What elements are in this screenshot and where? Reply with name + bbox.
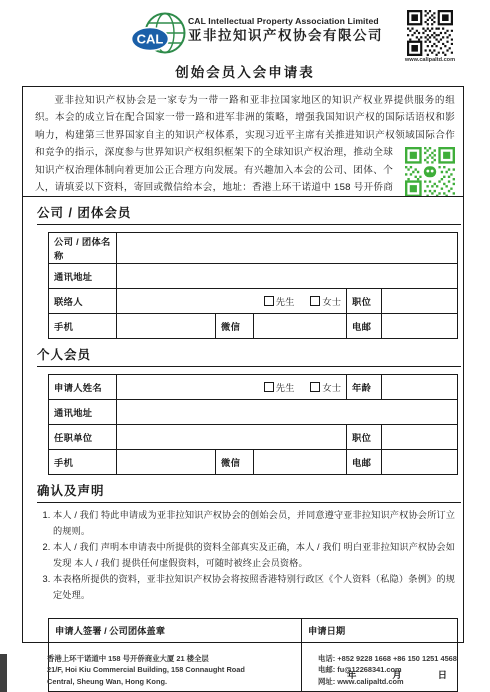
company-mobile-label: 手机 bbox=[49, 314, 117, 339]
footer-contact-block: 电话: +852 9228 1668 +86 150 1251 4568 电邮:… bbox=[318, 653, 457, 687]
individual-position-label: 职位 bbox=[347, 425, 382, 450]
signature-label: 申请人签署 / 公司团体盖章 bbox=[55, 626, 165, 636]
table-row: 手机 微信 电邮 bbox=[49, 314, 458, 339]
company-email-label: 电邮 bbox=[347, 314, 382, 339]
company-position-label: 职位 bbox=[347, 289, 382, 314]
employer-label: 任职单位 bbox=[49, 425, 117, 450]
company-name-label: 公司 / 团体名称 bbox=[49, 233, 117, 264]
checkbox-ms-icon[interactable] bbox=[310, 296, 320, 306]
mr-label: 先生 bbox=[276, 383, 295, 393]
individual-wechat-label: 微信 bbox=[216, 450, 254, 475]
declaration-heading: 确认及声明 bbox=[37, 481, 461, 503]
checkbox-mr-icon[interactable] bbox=[264, 296, 274, 306]
company-contact-label: 联络人 bbox=[49, 289, 117, 314]
footer-address-en1: 21/F, Hoi Kiu Commercial Building, 158 C… bbox=[47, 664, 245, 675]
page-title: 创始会员入会申请表 bbox=[0, 61, 490, 81]
svg-text:CAL: CAL bbox=[137, 32, 164, 47]
ms-label: 女士 bbox=[322, 297, 341, 307]
wechat-qr-wrap bbox=[399, 147, 455, 197]
company-wechat-label: 微信 bbox=[216, 314, 254, 339]
wechat-qr-code-icon bbox=[405, 147, 455, 197]
company-name-block: CAL Intellectual Property Association Li… bbox=[188, 17, 383, 44]
age-label: 年龄 bbox=[347, 375, 382, 400]
company-address-field[interactable] bbox=[117, 264, 458, 289]
footer-tel: 电话: +852 9228 1668 +86 150 1251 4568 bbox=[318, 653, 457, 664]
table-row: 手机 微信 电邮 bbox=[49, 450, 458, 475]
individual-position-field[interactable] bbox=[382, 425, 458, 450]
website-qr-block: www.calipaltd.com bbox=[400, 10, 460, 63]
intro-paragraph: 亚非拉知识产权协会是一家专为一带一路和亚非拉国家地区的知识产权业界提供服务的组织… bbox=[35, 92, 455, 197]
company-address-label: 通讯地址 bbox=[49, 264, 117, 289]
company-name-field[interactable] bbox=[117, 233, 458, 264]
ms-option[interactable]: 女士 bbox=[310, 383, 341, 393]
checkbox-ms-icon[interactable] bbox=[310, 382, 320, 392]
page-edge-strip bbox=[0, 654, 7, 692]
company-mobile-field[interactable] bbox=[117, 314, 216, 339]
individual-wechat-field[interactable] bbox=[254, 450, 347, 475]
checkbox-mr-icon[interactable] bbox=[264, 382, 274, 392]
individual-section-heading: 个人会员 bbox=[37, 345, 461, 367]
table-row: 申请人姓名 先生女士 年龄 bbox=[49, 375, 458, 400]
applicant-name-field[interactable]: 先生女士 bbox=[117, 375, 347, 400]
company-member-table: 公司 / 团体名称 通讯地址 联络人 先生女士 职位 手机 微信 电邮 bbox=[48, 232, 458, 339]
declaration-item: 本表格所提供的资料，亚非拉知识产权协会将按照香港特别行政区《个人资料（私隐）条例… bbox=[53, 572, 455, 603]
footer-email: 电邮: fu@12268341.com bbox=[318, 664, 457, 675]
intro-section: 亚非拉知识产权协会是一家专为一带一路和亚非拉国家地区的知识产权业界提供服务的组织… bbox=[23, 87, 463, 197]
age-field[interactable] bbox=[382, 375, 458, 400]
table-row: 任职单位 职位 bbox=[49, 425, 458, 450]
company-position-field[interactable] bbox=[382, 289, 458, 314]
company-email-field[interactable] bbox=[382, 314, 458, 339]
employer-field[interactable] bbox=[117, 425, 347, 450]
mr-option[interactable]: 先生 bbox=[264, 297, 295, 307]
footer-address-block: 香港上环干诺道中 158 号开侨商业大厦 21 楼全层 21/F, Hoi Ki… bbox=[47, 653, 245, 687]
individual-address-field[interactable] bbox=[117, 400, 458, 425]
mr-label: 先生 bbox=[276, 297, 295, 307]
footer-address-zh: 香港上环干诺道中 158 号开侨商业大厦 21 楼全层 bbox=[47, 653, 245, 664]
applicant-name-label: 申请人姓名 bbox=[49, 375, 117, 400]
declaration-item: 本人 / 我们 声明本申请表中所提供的资料全部真实及正确，本人 / 我们 明白亚… bbox=[53, 540, 455, 571]
date-label: 申请日期 bbox=[308, 626, 345, 636]
mr-option[interactable]: 先生 bbox=[264, 383, 295, 393]
company-name-zh: 亚非拉知识产权协会有限公司 bbox=[188, 29, 383, 44]
individual-mobile-label: 手机 bbox=[49, 450, 117, 475]
individual-mobile-field[interactable] bbox=[117, 450, 216, 475]
cal-globe-logo-icon: CAL bbox=[130, 12, 188, 54]
website-qr-code-icon bbox=[407, 10, 453, 56]
individual-email-field[interactable] bbox=[382, 450, 458, 475]
footer-web: 网址: www.calipaltd.com bbox=[318, 676, 457, 687]
individual-email-label: 电邮 bbox=[347, 450, 382, 475]
company-wechat-field[interactable] bbox=[254, 314, 347, 339]
company-name-en: CAL Intellectual Property Association Li… bbox=[188, 17, 383, 26]
table-row: 通讯地址 bbox=[49, 264, 458, 289]
individual-member-table: 申请人姓名 先生女士 年龄 通讯地址 任职单位 职位 手机 微信 电邮 bbox=[48, 374, 458, 475]
table-row: 联络人 先生女士 职位 bbox=[49, 289, 458, 314]
footer-address-en2: Central, Sheung Wan, Hong Kong. bbox=[47, 676, 245, 687]
declaration-list: 本人 / 我们 特此申请成为亚非拉知识产权协会的创始会员，并同意遵守亚非拉知识产… bbox=[37, 508, 455, 603]
declaration-item: 本人 / 我们 特此申请成为亚非拉知识产权协会的创始会员，并同意遵守亚非拉知识产… bbox=[53, 508, 455, 539]
ms-label: 女士 bbox=[322, 383, 341, 393]
form-body: 亚非拉知识产权协会是一家专为一带一路和亚非拉国家地区的知识产权业界提供服务的组织… bbox=[22, 86, 464, 643]
table-row: 通讯地址 bbox=[49, 400, 458, 425]
individual-address-label: 通讯地址 bbox=[49, 400, 117, 425]
table-row: 公司 / 团体名称 bbox=[49, 233, 458, 264]
company-contact-field[interactable]: 先生女士 bbox=[117, 289, 347, 314]
ms-option[interactable]: 女士 bbox=[310, 297, 341, 307]
company-section-heading: 公司 / 团体会员 bbox=[37, 203, 461, 225]
